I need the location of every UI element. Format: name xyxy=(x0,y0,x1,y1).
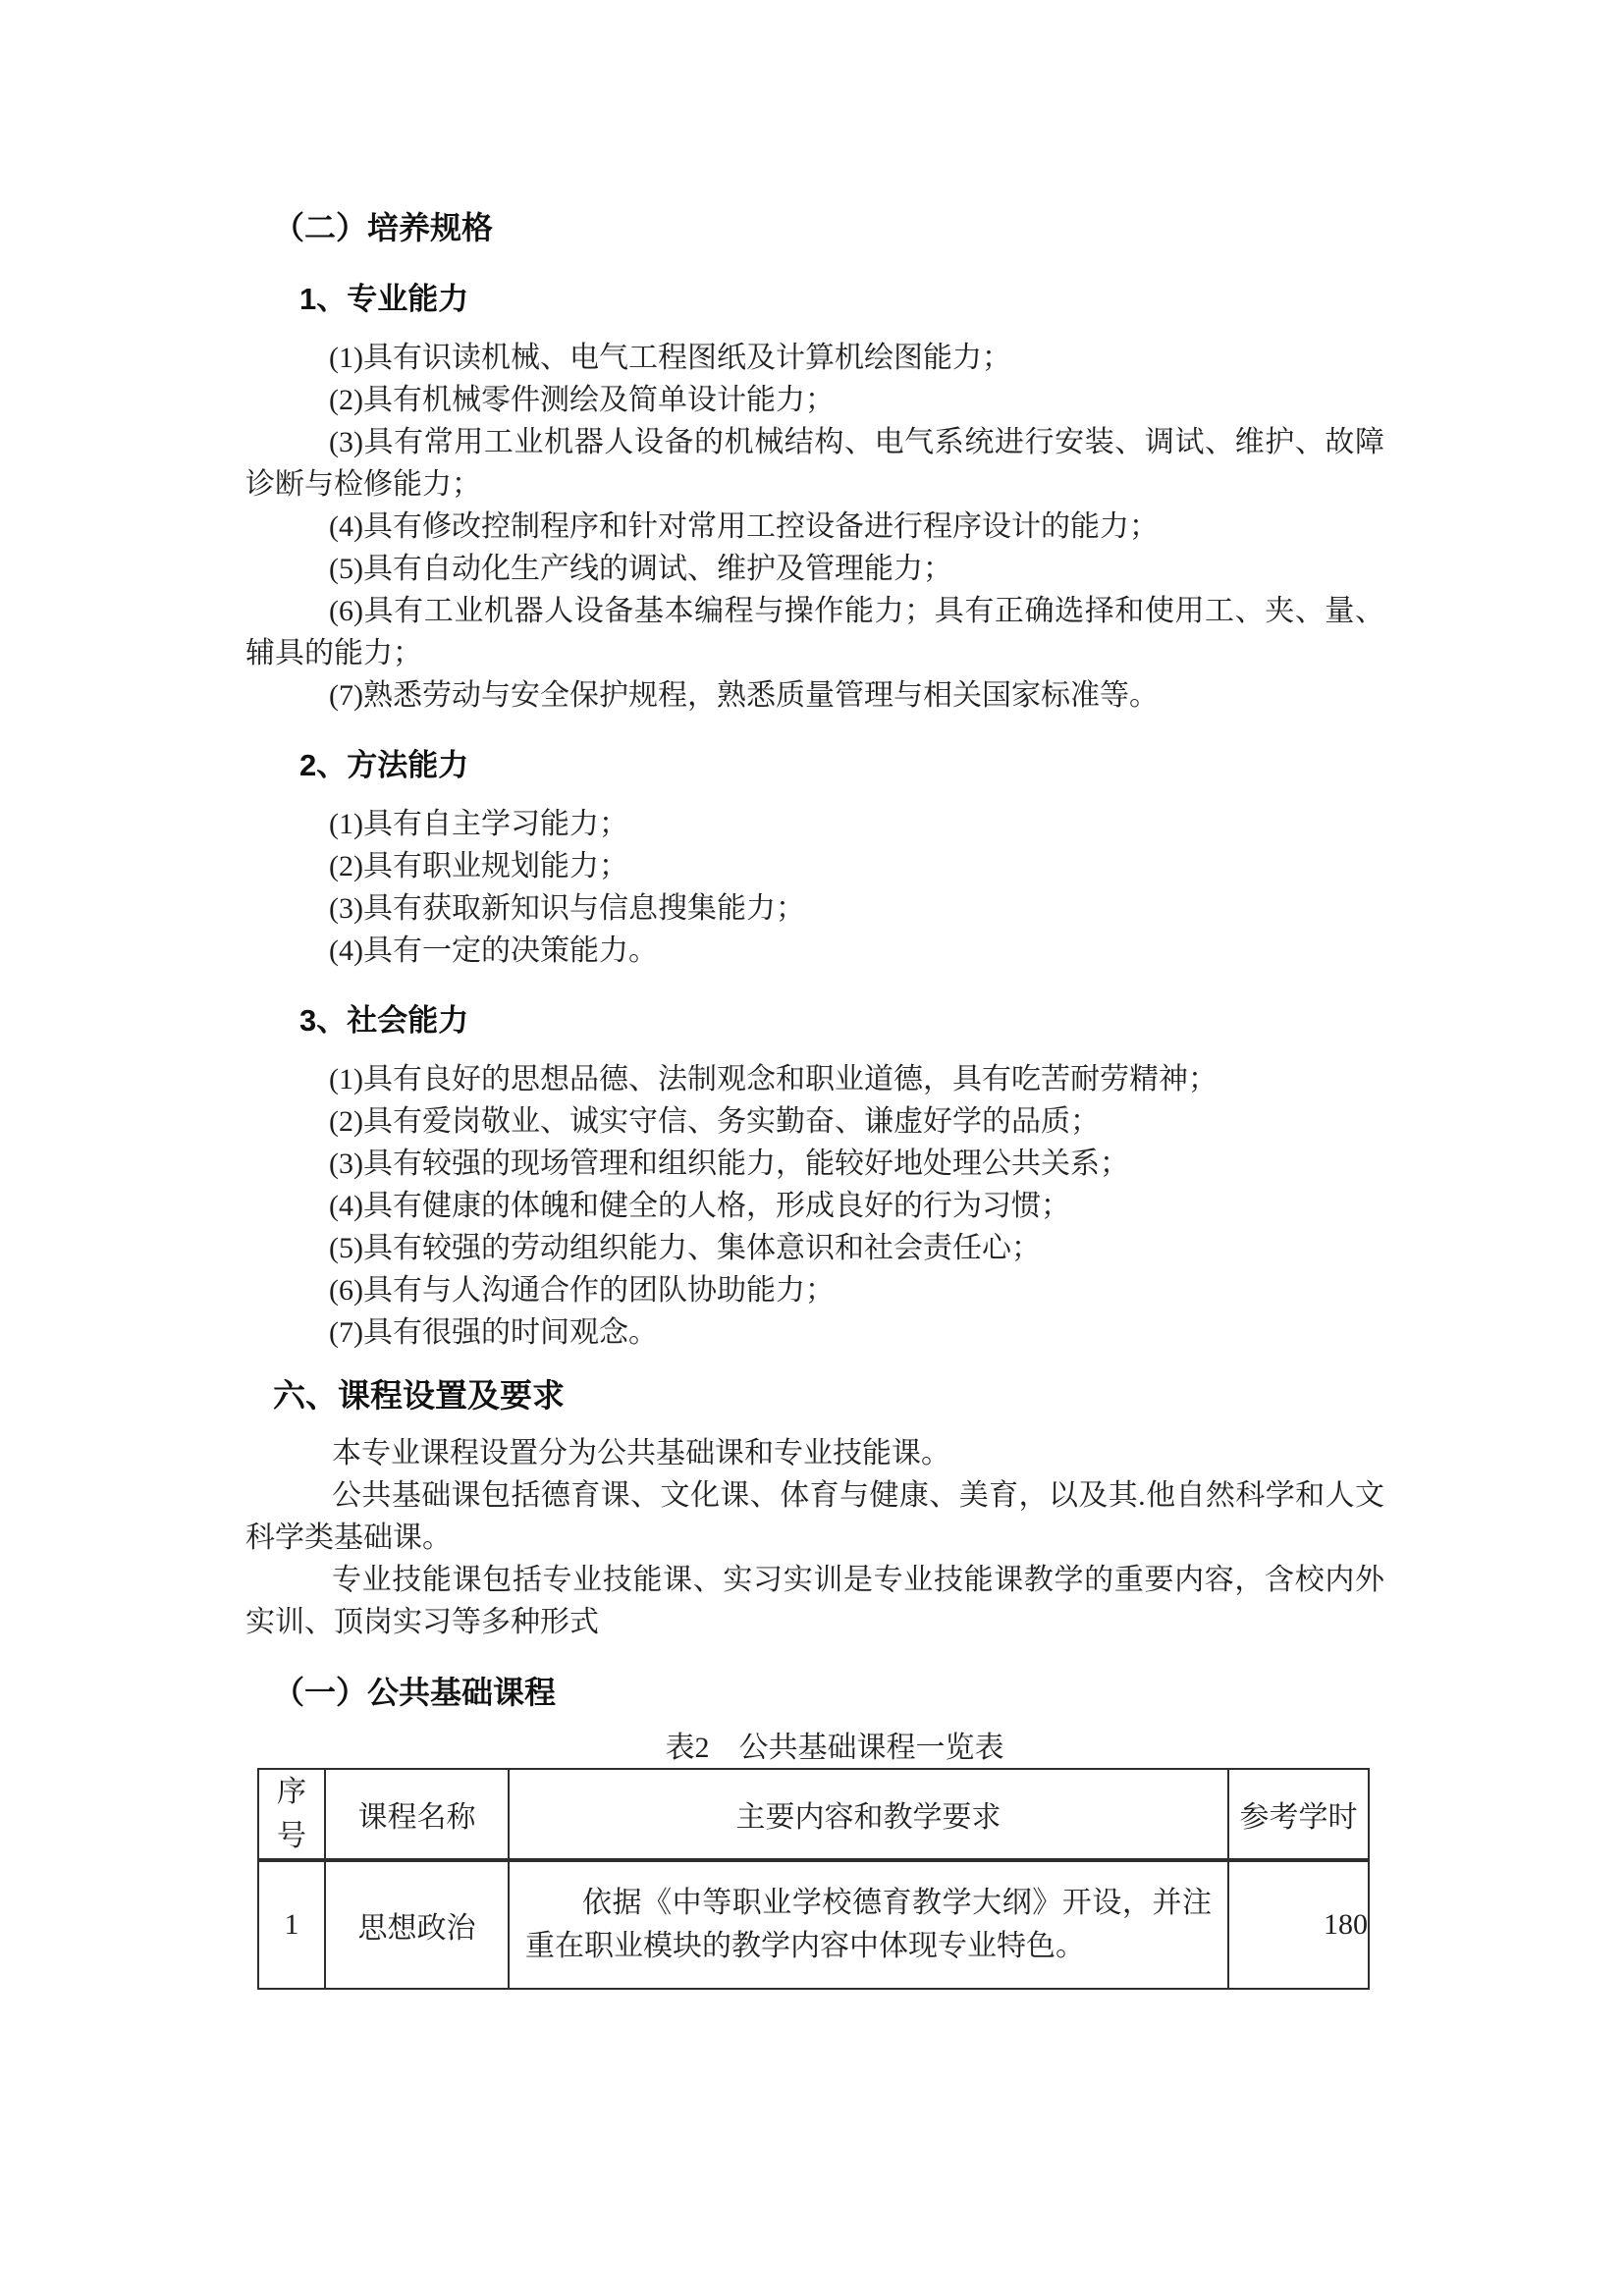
paragraph: 公共基础课包括德育课、文化课、体育与健康、美育，以及其.他自然科学和人文科学类基… xyxy=(245,1474,1384,1559)
cell-course: 思想政治 xyxy=(325,1860,509,1989)
document-content: （二）培养规格 1、专业能力 (1)具有识读机械、电气工程图纸及计算机绘图能力；… xyxy=(245,0,1384,1990)
list-item: (4)具有一定的决策能力。 xyxy=(245,930,1384,972)
list-item: (6)具有与人沟通合作的团队协助能力； xyxy=(245,1269,1384,1311)
sub-heading: 3、社会能力 xyxy=(245,999,1384,1042)
list-item: (6)具有工业机器人设备基本编程与操作能力；具有正确选择和使用工、夹、量、辅具的… xyxy=(245,590,1384,674)
list-item: (2)具有机械零件测绘及简单设计能力； xyxy=(245,379,1384,421)
list-item: (3)具有获取新知识与信息搜集能力； xyxy=(245,887,1384,930)
section-heading: （二）培养规格 xyxy=(245,205,1384,250)
table-caption: 表2 公共基础课程一览表 xyxy=(245,1731,1384,1766)
list-item: (7)具有很强的时间观念。 xyxy=(245,1311,1384,1354)
sub-heading: 2、方法能力 xyxy=(245,744,1384,787)
header-cell-course: 课程名称 xyxy=(325,1769,509,1860)
list-item: (2)具有职业规划能力； xyxy=(245,845,1384,887)
list-item: (1)具有自主学习能力； xyxy=(245,803,1384,845)
list-item: (5)具有自动化生产线的调试、维护及管理能力； xyxy=(245,548,1384,590)
list-item: (4)具有健康的体魄和健全的人格，形成良好的行为习惯； xyxy=(245,1185,1384,1227)
list-item: (4)具有修改控制程序和针对常用工控设备进行程序设计的能力； xyxy=(245,506,1384,548)
course-table: 序号 课程名称 主要内容和教学要求 参考学时 1 思想政治 依据《中等职业学校德… xyxy=(257,1768,1370,1990)
cell-hours: 180 xyxy=(1228,1860,1369,1989)
section-heading: （一）公共基础课程 xyxy=(245,1670,1384,1715)
course-table-header: 序号 课程名称 主要内容和教学要求 参考学时 xyxy=(258,1769,1369,1860)
document-body: （二）培养规格 1、专业能力 (1)具有识读机械、电气工程图纸及计算机绘图能力；… xyxy=(245,205,1384,1715)
header-cell-no: 序号 xyxy=(258,1769,325,1860)
list-item: (7)熟悉劳动与安全保护规程，熟悉质量管理与相关国家标准等。 xyxy=(245,674,1384,717)
doc-heading: 六、课程设置及要求 xyxy=(245,1373,1384,1418)
list-item: (3)具有常用工业机器人设备的机械结构、电气系统进行安装、调试、维护、故障诊断与… xyxy=(245,421,1384,506)
list-item: (1)具有识读机械、电气工程图纸及计算机绘图能力； xyxy=(245,337,1384,379)
table-row: 1 思想政治 依据《中等职业学校德育教学大纲》开设，并注重在职业模块的教学内容中… xyxy=(258,1860,1369,1989)
list-item: (2)具有爱岗敬业、诚实守信、务实勤奋、谦虚好学的品质； xyxy=(245,1100,1384,1143)
cell-content: 依据《中等职业学校德育教学大纲》开设，并注重在职业模块的教学内容中体现专业特色。 xyxy=(509,1860,1228,1989)
header-label-no: 序号 xyxy=(274,1770,309,1858)
course-table-body: 1 思想政治 依据《中等职业学校德育教学大纲》开设，并注重在职业模块的教学内容中… xyxy=(258,1860,1369,1989)
paragraph: 专业技能课包括专业技能课、实习实训是专业技能课教学的重要内容，含校内外实训、顶岗… xyxy=(245,1559,1384,1643)
header-cell-hours: 参考学时 xyxy=(1228,1769,1369,1860)
table-header-row: 序号 课程名称 主要内容和教学要求 参考学时 xyxy=(258,1769,1369,1860)
cell-content-text: 依据《中等职业学校德育教学大纲》开设，并注重在职业模块的教学内容中体现专业特色。 xyxy=(510,1882,1227,1968)
cell-no: 1 xyxy=(258,1860,325,1989)
document-page: { "colors": { "background": "#ffffff", "… xyxy=(0,0,1624,2296)
list-item: (1)具有良好的思想品德、法制观念和职业道德，具有吃苦耐劳精神； xyxy=(245,1058,1384,1100)
list-item: (5)具有较强的劳动组织能力、集体意识和社会责任心； xyxy=(245,1227,1384,1269)
header-cell-content: 主要内容和教学要求 xyxy=(509,1769,1228,1860)
list-item: (3)具有较强的现场管理和组织能力，能较好地处理公共关系； xyxy=(245,1143,1384,1185)
paragraph: 本专业课程设置分为公共基础课和专业技能课。 xyxy=(245,1432,1384,1474)
sub-heading: 1、专业能力 xyxy=(245,278,1384,321)
